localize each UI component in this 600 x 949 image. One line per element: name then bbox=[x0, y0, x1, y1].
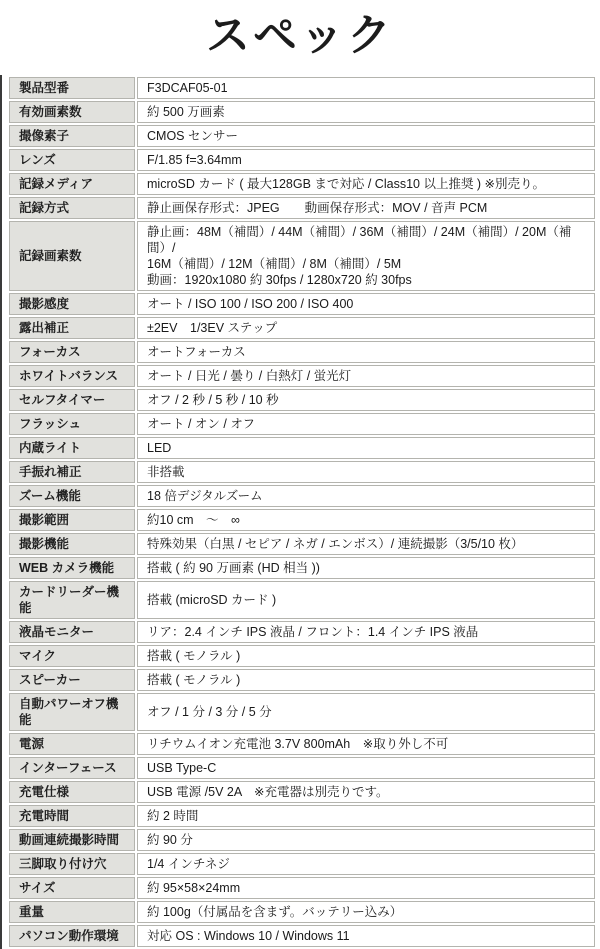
spec-label: 充電仕様 bbox=[9, 781, 135, 803]
spec-row: パソコン動作環境対応 OS : Windows 10 / Windows 11 bbox=[9, 925, 595, 947]
spec-row: インターフェースUSB Type-C bbox=[9, 757, 595, 779]
spec-value: 特殊効果（白黒 / セピア / ネガ / エンボス）/ 連続撮影（3/5/10 … bbox=[137, 533, 595, 555]
spec-page: スペック 製品型番F3DCAF05-01有効画素数約 500 万画素撮像素子CM… bbox=[0, 0, 600, 949]
spec-value: 約 95×58×24mm bbox=[137, 877, 595, 899]
spec-value: 18 倍デジタルズーム bbox=[137, 485, 595, 507]
spec-label: カードリーダー機能 bbox=[9, 581, 135, 619]
spec-value: オート / 日光 / 曇り / 白熱灯 / 蛍光灯 bbox=[137, 365, 595, 387]
spec-row: 充電時間約 2 時間 bbox=[9, 805, 595, 827]
spec-row: 記録画素数静止画：48M（補間）/ 44M（補間）/ 36M（補間）/ 24M（… bbox=[9, 221, 595, 291]
spec-label: フラッシュ bbox=[9, 413, 135, 435]
spec-value: 搭載 ( 約 90 万画素 (HD 相当 )) bbox=[137, 557, 595, 579]
spec-label: 液晶モニター bbox=[9, 621, 135, 643]
spec-value: オート / ISO 100 / ISO 200 / ISO 400 bbox=[137, 293, 595, 315]
spec-label: レンズ bbox=[9, 149, 135, 171]
spec-row: スピーカー搭載 ( モノラル ) bbox=[9, 669, 595, 691]
spec-value: 約 2 時間 bbox=[137, 805, 595, 827]
spec-value: 約 100g（付属品を含まず。バッテリー込み） bbox=[137, 901, 595, 923]
spec-row: 液晶モニターリア：2.4 インチ IPS 液晶 / フロント：1.4 インチ I… bbox=[9, 621, 595, 643]
spec-row: ホワイトバランスオート / 日光 / 曇り / 白熱灯 / 蛍光灯 bbox=[9, 365, 595, 387]
spec-value: CMOS センサー bbox=[137, 125, 595, 147]
spec-row: カードリーダー機能搭載 (microSD カード ) bbox=[9, 581, 595, 619]
spec-value: USB Type-C bbox=[137, 757, 595, 779]
spec-row: セルフタイマーオフ / 2 秒 / 5 秒 / 10 秒 bbox=[9, 389, 595, 411]
spec-row: 手振れ補正非搭載 bbox=[9, 461, 595, 483]
spec-row: WEB カメラ機能搭載 ( 約 90 万画素 (HD 相当 )) bbox=[9, 557, 595, 579]
spec-value: ±2EV 1/3EV ステップ bbox=[137, 317, 595, 339]
spec-value: 搭載 ( モノラル ) bbox=[137, 669, 595, 691]
spec-row: 充電仕様USB 電源 /5V 2A ※充電器は別売りです。 bbox=[9, 781, 595, 803]
spec-value: 対応 OS : Windows 10 / Windows 11 bbox=[137, 925, 595, 947]
spec-label: 重量 bbox=[9, 901, 135, 923]
spec-row: 撮影感度オート / ISO 100 / ISO 200 / ISO 400 bbox=[9, 293, 595, 315]
spec-row: 動画連続撮影時間約 90 分 bbox=[9, 829, 595, 851]
spec-row: ズーム機能18 倍デジタルズーム bbox=[9, 485, 595, 507]
spec-label: 撮像素子 bbox=[9, 125, 135, 147]
spec-label: WEB カメラ機能 bbox=[9, 557, 135, 579]
spec-label: 動画連続撮影時間 bbox=[9, 829, 135, 851]
spec-label: 有効画素数 bbox=[9, 101, 135, 123]
spec-label: 内蔵ライト bbox=[9, 437, 135, 459]
spec-row: フォーカスオートフォーカス bbox=[9, 341, 595, 363]
spec-row: 三脚取り付け穴1/4 インチネジ bbox=[9, 853, 595, 875]
spec-row: マイク搭載 ( モノラル ) bbox=[9, 645, 595, 667]
spec-row: 撮影範囲約10 cm ～ ∞ bbox=[9, 509, 595, 531]
spec-label: 記録メディア bbox=[9, 173, 135, 195]
spec-row: 製品型番F3DCAF05-01 bbox=[9, 77, 595, 99]
spec-value: オフ / 1 分 / 3 分 / 5 分 bbox=[137, 693, 595, 731]
spec-label: ホワイトバランス bbox=[9, 365, 135, 387]
spec-row: 撮像素子CMOS センサー bbox=[9, 125, 595, 147]
spec-row: 露出補正±2EV 1/3EV ステップ bbox=[9, 317, 595, 339]
spec-value: 約 500 万画素 bbox=[137, 101, 595, 123]
spec-row: 有効画素数約 500 万画素 bbox=[9, 101, 595, 123]
spec-value: F3DCAF05-01 bbox=[137, 77, 595, 99]
spec-value: 約10 cm ～ ∞ bbox=[137, 509, 595, 531]
spec-label: 記録画素数 bbox=[9, 221, 135, 291]
spec-row: 撮影機能特殊効果（白黒 / セピア / ネガ / エンボス）/ 連続撮影（3/5… bbox=[9, 533, 595, 555]
spec-label: 撮影範囲 bbox=[9, 509, 135, 531]
spec-label: 撮影機能 bbox=[9, 533, 135, 555]
spec-value: 静止画保存形式：JPEG 動画保存形式：MOV / 音声 PCM bbox=[137, 197, 595, 219]
spec-value: USB 電源 /5V 2A ※充電器は別売りです。 bbox=[137, 781, 595, 803]
spec-label: ズーム機能 bbox=[9, 485, 135, 507]
spec-row: 重量約 100g（付属品を含まず。バッテリー込み） bbox=[9, 901, 595, 923]
spec-row: 内蔵ライトLED bbox=[9, 437, 595, 459]
spec-value: リア：2.4 インチ IPS 液晶 / フロント：1.4 インチ IPS 液晶 bbox=[137, 621, 595, 643]
spec-value: 1/4 インチネジ bbox=[137, 853, 595, 875]
spec-value: 搭載 ( モノラル ) bbox=[137, 645, 595, 667]
spec-value: リチウムイオン充電池 3.7V 800mAh ※取り外し不可 bbox=[137, 733, 595, 755]
spec-row: 記録メディアmicroSD カード ( 最大128GB まで対応 / Class… bbox=[9, 173, 595, 195]
spec-label: 三脚取り付け穴 bbox=[9, 853, 135, 875]
spec-label: 記録方式 bbox=[9, 197, 135, 219]
spec-row: サイズ約 95×58×24mm bbox=[9, 877, 595, 899]
spec-label: サイズ bbox=[9, 877, 135, 899]
spec-label: 露出補正 bbox=[9, 317, 135, 339]
spec-value: 非搭載 bbox=[137, 461, 595, 483]
spec-label: セルフタイマー bbox=[9, 389, 135, 411]
spec-value: 静止画：48M（補間）/ 44M（補間）/ 36M（補間）/ 24M（補間）/ … bbox=[137, 221, 595, 291]
spec-row: 記録方式静止画保存形式：JPEG 動画保存形式：MOV / 音声 PCM bbox=[9, 197, 595, 219]
spec-label: 電源 bbox=[9, 733, 135, 755]
spec-value: microSD カード ( 最大128GB まで対応 / Class10 以上推… bbox=[137, 173, 595, 195]
spec-label: マイク bbox=[9, 645, 135, 667]
spec-label: パソコン動作環境 bbox=[9, 925, 135, 947]
spec-label: 充電時間 bbox=[9, 805, 135, 827]
spec-row: 電源リチウムイオン充電池 3.7V 800mAh ※取り外し不可 bbox=[9, 733, 595, 755]
spec-table-wrapper: 製品型番F3DCAF05-01有効画素数約 500 万画素撮像素子CMOS セン… bbox=[0, 75, 597, 949]
page-title: スペック bbox=[0, 0, 600, 75]
spec-label: 製品型番 bbox=[9, 77, 135, 99]
spec-row: 自動パワーオフ機能オフ / 1 分 / 3 分 / 5 分 bbox=[9, 693, 595, 731]
spec-row: レンズF/1.85 f=3.64mm bbox=[9, 149, 595, 171]
spec-value: 約 90 分 bbox=[137, 829, 595, 851]
spec-value: オフ / 2 秒 / 5 秒 / 10 秒 bbox=[137, 389, 595, 411]
spec-label: スピーカー bbox=[9, 669, 135, 691]
spec-label: 自動パワーオフ機能 bbox=[9, 693, 135, 731]
spec-table: 製品型番F3DCAF05-01有効画素数約 500 万画素撮像素子CMOS セン… bbox=[7, 75, 597, 949]
spec-label: 撮影感度 bbox=[9, 293, 135, 315]
spec-table-body: 製品型番F3DCAF05-01有効画素数約 500 万画素撮像素子CMOS セン… bbox=[9, 77, 595, 947]
spec-value: オートフォーカス bbox=[137, 341, 595, 363]
spec-label: フォーカス bbox=[9, 341, 135, 363]
spec-value: 搭載 (microSD カード ) bbox=[137, 581, 595, 619]
spec-value: オート / オン / オフ bbox=[137, 413, 595, 435]
spec-value: F/1.85 f=3.64mm bbox=[137, 149, 595, 171]
spec-value: LED bbox=[137, 437, 595, 459]
spec-row: フラッシュオート / オン / オフ bbox=[9, 413, 595, 435]
spec-label: インターフェース bbox=[9, 757, 135, 779]
spec-label: 手振れ補正 bbox=[9, 461, 135, 483]
